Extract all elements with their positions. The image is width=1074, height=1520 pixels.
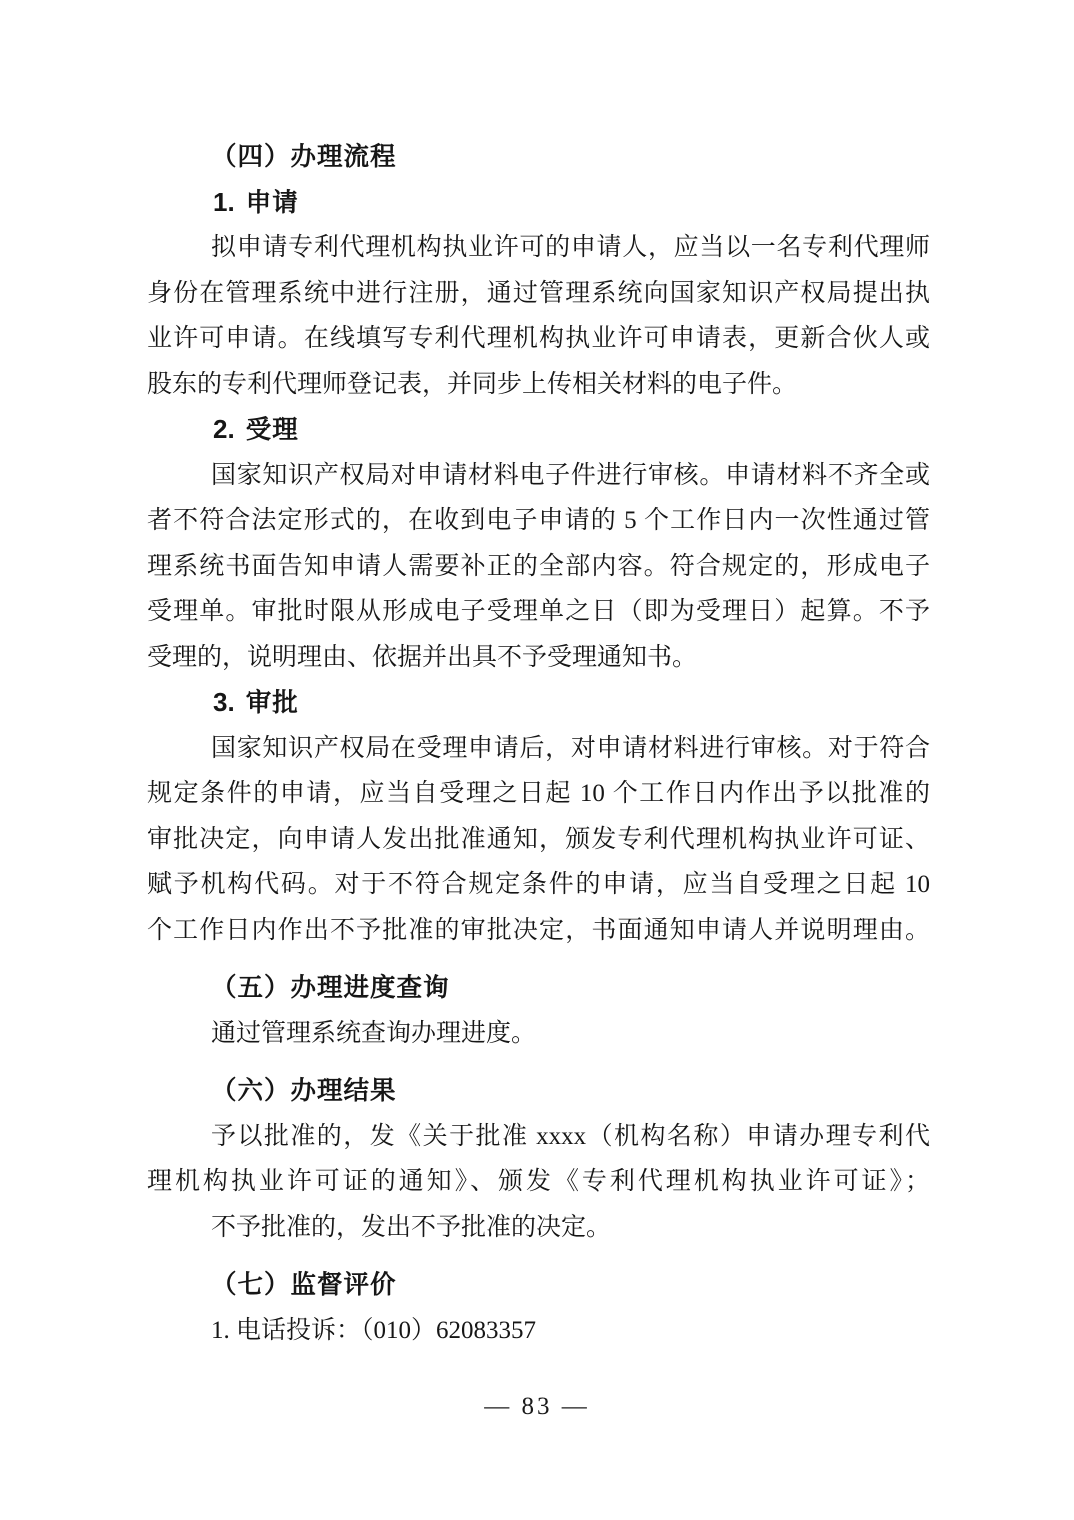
text-line: 规定条件的申请，应当自受理之日起 10 个工作日内作出予以批准的 <box>147 771 930 817</box>
paragraph-progress-query: 通过管理系统查询办理进度。 <box>147 1011 930 1057</box>
text-line: 国家知识产权局对申请材料电子件进行审核。申请材料不齐全或 <box>147 453 930 499</box>
text-line: 赋予机构代码。对于不符合规定条件的申请，应当自受理之日起 10 <box>147 862 930 908</box>
text-line: 1. 电话投诉：（010）62083357 <box>147 1308 930 1354</box>
subsection-title: 审批 <box>246 688 299 717</box>
text-line: 者不符合法定形式的，在收到电子申请的 5 个工作日内一次性通过管 <box>147 498 930 544</box>
text-line: 业许可申请。在线填写专利代理机构执业许可申请表，更新合伙人或 <box>147 316 930 362</box>
subsection-title: 受理 <box>246 415 299 444</box>
text-line: 审批决定，向申请人发出批准通知，颁发专利代理机构执业许可证、 <box>147 817 930 863</box>
text-line: 予以批准的，发《关于批准 xxxx（机构名称）申请办理专利代 <box>147 1114 930 1160</box>
section-heading-7-supervision: （七）监督评价 <box>147 1262 930 1308</box>
text-line: 不予批准的，发出不予批准的决定。 <box>147 1205 930 1251</box>
page-number: — 83 — <box>0 1384 1074 1429</box>
text-line: 个工作日内作出不予批准的审批决定，书面通知申请人并说明理由。 <box>147 908 930 954</box>
paragraph-result-approved: 予以批准的，发《关于批准 xxxx（机构名称）申请办理专利代 理机构执业许可证的… <box>147 1114 930 1205</box>
subsection-number: 1. <box>213 187 235 217</box>
section-heading-4-process: （四）办理流程 <box>147 134 930 180</box>
paragraph-complaint-phone: 1. 电话投诉：（010）62083357 <box>147 1308 930 1354</box>
text-line: 国家知识产权局在受理申请后，对申请材料进行审核。对于符合 <box>147 726 930 772</box>
subsection-number: 3. <box>213 687 235 717</box>
paragraph-result-rejected: 不予批准的，发出不予批准的决定。 <box>147 1205 930 1251</box>
document-page: （四）办理流程 1.申请 拟申请专利代理机构执业许可的申请人，应当以一名专利代理… <box>0 0 1074 1520</box>
text-line: 受理的，说明理由、依据并出具不予受理通知书。 <box>147 635 930 681</box>
text-line: 拟申请专利代理机构执业许可的申请人，应当以一名专利代理师 <box>147 225 930 271</box>
document-content: （四）办理流程 1.申请 拟申请专利代理机构执业许可的申请人，应当以一名专利代理… <box>147 134 930 1353</box>
section-heading-6-result: （六）办理结果 <box>147 1068 930 1114</box>
section-heading-5-progress-query: （五）办理进度查询 <box>147 965 930 1011</box>
text-line: 理机构执业许可证的通知》、颁发《专利代理机构执业许可证》； <box>147 1159 930 1205</box>
paragraph-approval: 国家知识产权局在受理申请后，对申请材料进行审核。对于符合 规定条件的申请，应当自… <box>147 726 930 954</box>
paragraph-application: 拟申请专利代理机构执业许可的申请人，应当以一名专利代理师 身份在管理系统中进行注… <box>147 225 930 407</box>
subsection-title: 申请 <box>246 188 299 217</box>
text-line: 通过管理系统查询办理进度。 <box>147 1011 930 1057</box>
text-line: 理系统书面告知申请人需要补正的全部内容。符合规定的，形成电子 <box>147 544 930 590</box>
text-line: 身份在管理系统中进行注册，通过管理系统向国家知识产权局提出执 <box>147 271 930 317</box>
subsection-number: 2. <box>213 414 235 444</box>
text-line: 股东的专利代理师登记表，并同步上传相关材料的电子件。 <box>147 362 930 408</box>
paragraph-acceptance: 国家知识产权局对申请材料电子件进行审核。申请材料不齐全或 者不符合法定形式的，在… <box>147 453 930 681</box>
subsection-heading-2-acceptance: 2.受理 <box>147 407 930 453</box>
subsection-heading-1-application: 1.申请 <box>147 180 930 226</box>
text-line: 受理单。审批时限从形成电子受理单之日（即为受理日）起算。不予 <box>147 589 930 635</box>
subsection-heading-3-approval: 3.审批 <box>147 680 930 726</box>
